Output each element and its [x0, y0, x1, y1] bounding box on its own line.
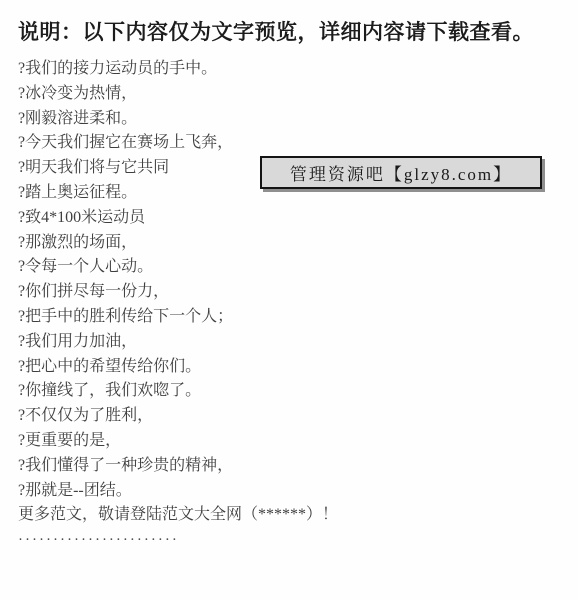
footer-note-line: 更多范文，敬请登陆范文大全网（******）！ [18, 503, 563, 528]
watermark-stamp-box: 管理资源吧【glzy8.com】 [260, 156, 542, 189]
text-line: ?更重要的是， [18, 429, 563, 454]
text-line: ?今天我们握它在赛场上飞奔， [18, 131, 563, 156]
dotted-separator-line: ······················· [18, 528, 563, 553]
text-line: ?把心中的希望传给你们。 [18, 355, 563, 380]
document-preview-page: 说明：以下内容仅为文字预览，详细内容请下载查看。 ?我们的接力运动员的手中。 ?… [0, 0, 578, 600]
text-line: ?那激烈的场面， [18, 231, 563, 256]
text-line: ?令每一个人心动。 [18, 255, 563, 280]
text-line: ?刚毅溶进柔和。 [18, 107, 563, 132]
watermark-text: 管理资源吧【glzy8.com】 [290, 160, 512, 185]
text-line: ?你撞线了，我们欢唿了。 [18, 379, 563, 404]
text-line: ?不仅仅为了胜利， [18, 404, 563, 429]
text-line: ?我们用力加油， [18, 330, 563, 355]
document-body: ?我们的接力运动员的手中。 ?冰冷变为热情， ?刚毅溶进柔和。 ?今天我们握它在… [18, 57, 563, 553]
text-line: ?我们懂得了一种珍贵的精神， [18, 454, 563, 479]
text-line: ?冰冷变为热情， [18, 82, 563, 107]
text-line: ?你们拼尽每一份力， [18, 280, 563, 305]
text-line: ?我们的接力运动员的手中。 [18, 57, 563, 82]
text-line: ?把手中的胜利传给下一个人； [18, 305, 563, 330]
text-line: ?致4*100米运动员 [18, 206, 563, 231]
preview-notice-heading: 说明：以下内容仅为文字预览，详细内容请下载查看。 [18, 16, 534, 46]
text-line: ?那就是--团结。 [18, 479, 563, 504]
